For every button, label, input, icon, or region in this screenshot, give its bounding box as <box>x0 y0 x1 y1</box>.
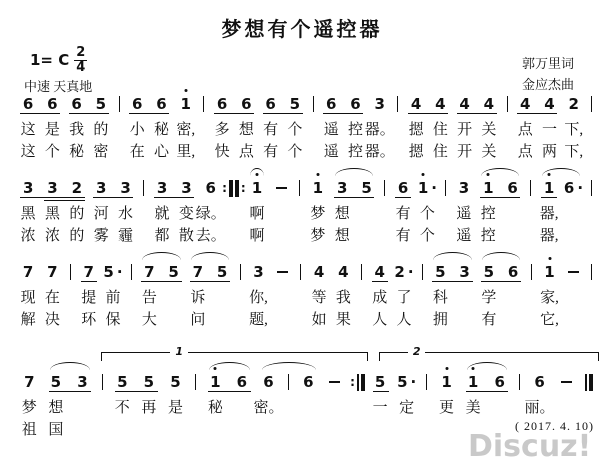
beam-underline <box>395 197 411 198</box>
note-digit: 6 <box>326 94 336 114</box>
lyric-cell <box>210 309 234 331</box>
lyric-syllable: 人 <box>396 309 411 331</box>
dash-mark <box>277 271 288 273</box>
note-digit: 6 <box>156 94 166 114</box>
note: 6 <box>40 94 64 114</box>
lyric-cell: 遥 <box>319 141 343 163</box>
note: 4 <box>331 262 355 282</box>
note-digit: 4 <box>520 94 530 114</box>
lyric-syllable: 个 <box>45 141 60 163</box>
lyric-cell <box>486 397 513 419</box>
barline <box>586 178 598 198</box>
lyrics-row: 浓浓的雾霾都散去。啊梦想有个遥控器, <box>16 225 598 247</box>
note-digit: 6 <box>206 178 216 198</box>
lyric-cell: 点 <box>513 119 537 141</box>
barline-mark <box>445 180 446 196</box>
note-digit: 6 <box>564 178 574 198</box>
lyric-syllable: 决 <box>45 309 60 331</box>
note: 7 <box>186 262 210 282</box>
music-system: 666566166656634444442这是我的小秘密,多想有个遥控器。摁住开… <box>16 94 598 163</box>
lyric-cell: 摁 <box>404 119 428 141</box>
lyric-cell: 个 <box>40 141 64 163</box>
barline <box>586 94 598 114</box>
lyric-cell: 的 <box>89 119 113 141</box>
note-digit: 1 <box>210 372 220 392</box>
note-digit: 3 <box>253 262 263 282</box>
lyric-cell <box>189 419 202 441</box>
lyric-cell: 有 <box>477 309 501 331</box>
note: 6 <box>501 262 525 282</box>
lyric-cell: 里, <box>174 141 198 163</box>
lyric-syllable: 保 <box>105 309 120 331</box>
music-system: 7775·757534442·53561现在提前告诉你,等我成了科学家,解决环保… <box>16 262 598 331</box>
note: 7 <box>40 262 64 282</box>
lyric-syllable: 科 <box>433 287 448 309</box>
lyric-cell: 这 <box>16 141 40 163</box>
lyric-cell <box>501 309 525 331</box>
barline <box>513 372 526 392</box>
note: 6 <box>255 372 282 392</box>
lyric-syllable: 个 <box>287 119 302 141</box>
lyric-syllable: 河 <box>94 203 109 225</box>
lyric-cell <box>440 203 452 225</box>
lyric-syllable: 黑 <box>45 203 60 225</box>
note: 1 <box>537 262 561 282</box>
lyric-syllable: 个 <box>287 141 302 163</box>
lyric-cell: 的 <box>65 225 89 247</box>
lyric-syllable: 控 <box>481 225 496 247</box>
lyric-cell: 住 <box>428 141 452 163</box>
lyric-cell <box>162 419 189 441</box>
note: 5 <box>89 94 113 114</box>
song-title: 梦想有个遥控器 <box>0 13 604 42</box>
lyric-cell: 有 <box>391 203 415 225</box>
barline <box>440 178 452 198</box>
barline-mark <box>131 264 132 280</box>
note-digit: 4 <box>459 94 469 114</box>
lyric-cell <box>138 225 150 247</box>
note-digit: 5 <box>484 262 494 282</box>
note: 7 <box>16 372 43 392</box>
lyric-cell: 啊 <box>245 225 269 247</box>
lyric-syllable: 梦 <box>310 225 325 247</box>
lyric-cell: 个 <box>415 203 439 225</box>
note: 1 <box>245 178 269 198</box>
lyric-syllable: 心 <box>154 141 169 163</box>
lyric-cell: 遥 <box>319 119 343 141</box>
barline-mark <box>507 96 508 112</box>
lyric-cell: 控 <box>476 203 500 225</box>
lyric-syllable: 摁 <box>409 119 424 141</box>
lyric-syllable: 两 <box>542 141 557 163</box>
barline <box>113 94 125 114</box>
note: 6 <box>486 372 513 392</box>
note-digit: 7 <box>84 262 94 282</box>
dash-mark <box>561 381 572 383</box>
lyric-cell <box>561 203 585 225</box>
lyric-syllable: 果 <box>336 309 351 331</box>
lyric-cell: 开 <box>453 141 477 163</box>
note-digit: 2 <box>569 94 579 114</box>
lyric-syllable: 这 <box>21 119 36 141</box>
lyric-syllable: 密 <box>93 141 108 163</box>
lyric-syllable: 解 <box>21 309 36 331</box>
dash-mark <box>329 381 340 383</box>
lyric-syllable: 有 <box>481 309 496 331</box>
note: 1 <box>460 372 487 392</box>
lyric-syllable: 多 <box>215 119 230 141</box>
lyric-cell <box>229 419 256 441</box>
lyric-cell: 环 <box>77 309 101 331</box>
lyric-cell: 多 <box>210 119 234 141</box>
augmentation-dot: · <box>411 373 417 391</box>
note: 5 <box>43 372 70 392</box>
lyric-cell: 梦 <box>16 397 43 419</box>
note: 3 <box>368 94 392 114</box>
time-signature: 2 4 <box>74 46 87 74</box>
lyric-cell <box>586 119 598 141</box>
lyric-syllable: 变 <box>179 203 194 225</box>
barline <box>420 372 433 392</box>
note-digit: 3 <box>23 178 33 198</box>
lyric-syllable: 有 <box>396 203 411 225</box>
lyrics-row: 现在提前告诉你,等我成了科学家, <box>16 287 598 309</box>
lyric-syllable: 器, <box>540 203 559 225</box>
lyric-cell: 定 <box>393 397 420 419</box>
note: 7 <box>77 262 101 282</box>
beam-underline <box>432 281 473 282</box>
lyric-cell <box>138 203 150 225</box>
note: 1 <box>537 178 561 198</box>
lyric-syllable: 密, <box>176 119 195 141</box>
lyric-cell: 在 <box>125 141 149 163</box>
note: 3 <box>69 372 96 392</box>
lyric-cell <box>294 225 306 247</box>
lyric-syllable: 学 <box>481 287 496 309</box>
lyric-cell <box>367 419 394 441</box>
lyric-cell: 我 <box>65 119 89 141</box>
duration-dash <box>271 262 295 282</box>
lyric-syllable: 环 <box>81 309 96 331</box>
lyric-cell: 啊 <box>245 203 269 225</box>
lyric-cell <box>162 287 186 309</box>
lyrics-row: 这个秘密在心里,快点有个遥控器。摁住开关点两下, <box>16 141 598 163</box>
note-digit: 5 <box>168 262 178 282</box>
volta-bracket: 1 <box>101 352 368 361</box>
lyric-cell <box>420 419 433 441</box>
lyric-cell <box>348 397 367 419</box>
dash-mark <box>568 271 579 273</box>
note: 6 <box>149 94 173 114</box>
lyric-cell: 等 <box>307 287 331 309</box>
lyric-syllable: 黑 <box>21 203 36 225</box>
lyric-syllable: 都 <box>155 225 170 247</box>
lyric-syllable: 现 <box>21 287 36 309</box>
lyric-cell: 它, <box>537 309 561 331</box>
note-digit: 6 <box>237 372 247 392</box>
repeat-glyph <box>585 374 593 391</box>
note-digit: 5 <box>397 372 407 392</box>
time-signature-denominator: 4 <box>76 61 85 75</box>
note: 3 <box>16 178 40 198</box>
lyric-syllable: 点 <box>239 141 254 163</box>
lyric-cell <box>586 141 598 163</box>
barline <box>525 262 537 282</box>
lyric-cell: 雾 <box>89 225 113 247</box>
barline <box>586 262 598 282</box>
lyric-cell: 这 <box>16 119 40 141</box>
dash-mark <box>276 187 287 189</box>
note-digit: 5 <box>96 94 106 114</box>
note-digit: 5 <box>375 372 385 392</box>
beam-underline <box>20 113 60 114</box>
barline-mark <box>530 180 531 196</box>
note-digit: 1 <box>441 372 451 392</box>
lyric-syllable: 秘 <box>154 119 169 141</box>
note-digit: 3 <box>459 262 469 282</box>
note-digit: 6 <box>507 178 517 198</box>
lyric-cell: 密, <box>174 119 198 141</box>
note: 2 <box>562 94 586 114</box>
lyric-cell <box>271 309 295 331</box>
lyric-cell <box>561 225 585 247</box>
volta-number: 1 <box>170 345 188 359</box>
note-digit: 6 <box>132 94 142 114</box>
note-digit: 3 <box>181 178 191 198</box>
note: 3 <box>89 178 113 198</box>
lyric-cell <box>525 309 537 331</box>
lyric-cell: 大 <box>137 309 161 331</box>
barline <box>138 178 150 198</box>
composer-credit: 金应杰曲 <box>522 74 574 93</box>
beam-underline <box>81 281 97 282</box>
lyric-syllable: 关 <box>481 141 496 163</box>
lyric-cell: 决 <box>40 309 64 331</box>
lyric-syllable: 霾 <box>118 225 133 247</box>
lyric-syllable: 前 <box>105 287 120 309</box>
note-digit: 7 <box>144 262 154 282</box>
lyric-cell: 摁 <box>404 141 428 163</box>
beam-underline <box>49 391 91 392</box>
lyric-syllable: 去。 <box>196 225 226 247</box>
lyric-cell: 不 <box>109 397 136 419</box>
note-digit: 2 <box>394 262 404 282</box>
note-digit: 1 <box>252 178 262 198</box>
note: 6 <box>295 372 322 392</box>
lyric-cell: 是 <box>162 397 189 419</box>
lyric-syllable: 开 <box>457 119 472 141</box>
lyric-cell <box>65 287 77 309</box>
note-digit: 1 <box>468 372 478 392</box>
note-digit: 7 <box>193 262 203 282</box>
lyric-cell <box>136 419 163 441</box>
lyric-cell <box>354 203 378 225</box>
lyric-syllable: 祖 <box>22 419 37 441</box>
repeat-sign: : <box>348 372 367 392</box>
octave-dot <box>422 173 425 176</box>
lyric-cell: 遥 <box>452 203 476 225</box>
beam-underline <box>480 197 520 198</box>
lyric-cell <box>223 203 245 225</box>
note-digit: 6 <box>303 372 313 392</box>
beam-underline <box>115 391 158 392</box>
lyric-cell <box>586 309 598 331</box>
lyric-syllable: 了 <box>396 287 411 309</box>
lyric-syllable: 定 <box>399 397 414 419</box>
lyric-syllable: 个 <box>420 225 435 247</box>
lyric-cell: 前 <box>101 287 125 309</box>
lyric-syllable: 的 <box>69 225 84 247</box>
note-digit: 1 <box>544 262 554 282</box>
barline-mark <box>422 264 423 280</box>
octave-dot <box>548 257 551 260</box>
lyric-cell: 住 <box>428 119 452 141</box>
note: 2 <box>65 178 89 198</box>
note: 5 <box>283 94 307 114</box>
note: 5 <box>210 262 234 282</box>
lyric-syllable: 遥 <box>456 203 471 225</box>
lyric-syllable: 家, <box>540 287 559 309</box>
lyric-cell: 器, <box>537 225 561 247</box>
octave-dot <box>316 173 319 176</box>
lyric-cell: 人 <box>392 309 416 331</box>
note: 1 <box>433 372 460 392</box>
beam-underline <box>20 197 85 198</box>
note: 3 <box>150 178 174 198</box>
lyric-syllable: 等 <box>312 287 327 309</box>
beam-underline <box>214 113 254 114</box>
lyric-cell <box>501 141 513 163</box>
note-digit: 3 <box>77 372 87 392</box>
lyric-cell <box>69 397 96 419</box>
barline-mark <box>397 96 398 112</box>
lyric-cell <box>440 225 452 247</box>
lyric-cell <box>392 141 404 163</box>
lyric-cell: 器。 <box>368 119 392 141</box>
slur-arc <box>250 168 264 176</box>
note-digit: 7 <box>24 372 34 392</box>
barline-mark <box>361 264 362 280</box>
lyric-cell: 黑 <box>40 203 64 225</box>
lyric-syllable: 是 <box>45 119 60 141</box>
lyric-cell: 一 <box>367 397 394 419</box>
lyric-syllable: 控 <box>348 141 363 163</box>
note-digit: 5 <box>103 262 113 282</box>
note-digit: 3 <box>120 178 130 198</box>
barline <box>525 178 537 198</box>
lyric-syllable: 啊 <box>250 203 265 225</box>
lyric-cell: 我 <box>331 287 355 309</box>
slur-arc <box>50 362 90 370</box>
lyric-cell <box>223 225 245 247</box>
lyric-cell <box>125 309 137 331</box>
lyric-cell: 一 <box>537 119 561 141</box>
lyric-cell <box>579 397 598 419</box>
lyric-cell: 点 <box>234 141 258 163</box>
lyrics-row: 这是我的小秘密,多想有个遥控器。摁住开关点一下, <box>16 119 598 141</box>
barline <box>379 178 391 198</box>
beam-underline <box>208 391 251 392</box>
lyric-cell: 器, <box>537 203 561 225</box>
barline-mark <box>299 180 300 196</box>
lyric-cell: 都 <box>150 225 174 247</box>
note-digit: 6 <box>23 94 33 114</box>
note: 1 <box>476 178 500 198</box>
barline <box>189 372 202 392</box>
lyric-cell: 解 <box>16 309 40 331</box>
note-digit: 1 <box>544 178 554 198</box>
lyric-cell <box>125 287 137 309</box>
note-digit: 1 <box>181 94 191 114</box>
note-digit: 6 <box>508 262 518 282</box>
note: 4 <box>513 94 537 114</box>
beam-underline <box>466 391 508 392</box>
note: 6 <box>234 94 258 114</box>
barline-mark <box>426 374 427 390</box>
note-digit: 6 <box>494 372 504 392</box>
lyric-cell: 去。 <box>199 225 223 247</box>
lyric-cell <box>562 309 586 331</box>
beam-underline <box>517 113 557 114</box>
lyric-cell: 个 <box>415 225 439 247</box>
lyric-cell <box>420 397 433 419</box>
slur-arc <box>481 168 519 176</box>
lyric-cell <box>322 419 349 441</box>
note-digit: 3 <box>337 178 347 198</box>
lyric-cell: 浓 <box>40 225 64 247</box>
barline-mark <box>195 374 196 390</box>
lyric-cell <box>96 397 109 419</box>
lyric-cell: 梦 <box>306 203 330 225</box>
lyric-cell <box>553 397 580 419</box>
lyric-syllable: 住 <box>433 141 448 163</box>
lyric-syllable: 浓 <box>21 225 36 247</box>
note-digit: 5 <box>51 372 61 392</box>
lyric-cell: 保 <box>101 309 125 331</box>
slur-arc <box>433 252 472 260</box>
lyric-syllable: 的 <box>93 119 108 141</box>
note: 3 <box>174 178 198 198</box>
barline-mark <box>203 96 204 112</box>
lyric-syllable: 器。 <box>365 119 395 141</box>
lyric-syllable: 题, <box>249 309 268 331</box>
lyric-syllable: 遥 <box>456 225 471 247</box>
lyric-cell: 下, <box>562 119 586 141</box>
lyric-cell: 如 <box>307 309 331 331</box>
lyric-syllable: 这 <box>21 141 36 163</box>
lyric-cell: 个 <box>283 141 307 163</box>
lyric-syllable: 成 <box>372 287 387 309</box>
lyric-cell: 美 <box>460 397 487 419</box>
lyric-cell: 关 <box>477 119 501 141</box>
lyric-cell: 想 <box>330 225 354 247</box>
lyric-cell: 你, <box>246 287 270 309</box>
note: 7 <box>137 262 161 282</box>
lyric-cell: 心 <box>149 141 173 163</box>
note-digit: 3 <box>96 178 106 198</box>
octave-dot <box>445 367 448 370</box>
lyric-cell: 小 <box>125 119 149 141</box>
lyric-cell: 祖 <box>16 419 43 441</box>
lyric-cell: 关 <box>477 141 501 163</box>
key-signature: 1= C 2 4 <box>30 46 87 74</box>
lyric-syllable: 快 <box>215 141 230 163</box>
lyric-syllable: 下, <box>564 119 583 141</box>
lyric-syllable: 下, <box>564 141 583 163</box>
lyric-cell <box>295 309 307 331</box>
lyric-syllable: 告 <box>142 287 157 309</box>
note: 6 <box>526 372 553 392</box>
